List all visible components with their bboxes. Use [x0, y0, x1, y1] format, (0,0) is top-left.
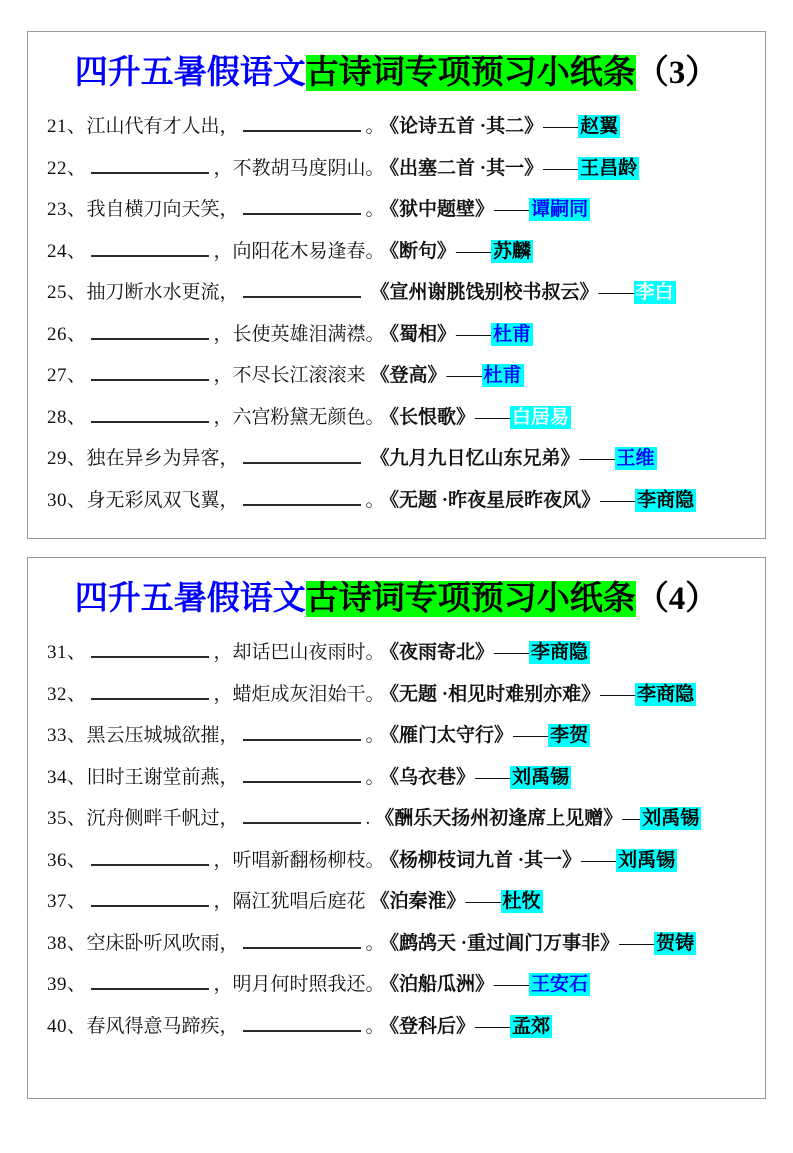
- author-name: 李商隐: [635, 683, 696, 706]
- worksheet-page-4: 四升五暑假语文古诗词专项预习小纸条（4） 31、，却话巴山夜雨时。《夜雨寄北》—…: [27, 557, 766, 1099]
- poem-text-after-blank: ，向阳花木易逢春。: [214, 241, 385, 262]
- dash-connector: ——: [466, 891, 500, 912]
- poem-text-after-blank: 。: [366, 490, 385, 511]
- title-highlight: 古诗词专项预习小纸条: [306, 55, 636, 91]
- poem-title: 《鹧鸪天 ·重过阊门万事非》: [390, 933, 620, 954]
- answer-blank: [243, 803, 361, 824]
- answer-blank: [243, 277, 361, 298]
- author-name: 杜甫: [491, 323, 533, 346]
- item-number: 34、: [47, 767, 87, 788]
- author-name: 赵翼: [578, 115, 620, 138]
- item-number: 27、: [47, 365, 87, 386]
- author-name: 刘禹锡: [510, 766, 571, 789]
- answer-blank: [243, 443, 361, 464]
- dash-connector: ——: [600, 490, 634, 511]
- dash-connector: ——: [494, 642, 528, 663]
- poem-title: 《夜雨寄北》: [390, 642, 495, 663]
- dash-connector: ——: [447, 365, 481, 386]
- item-number: 21、: [47, 116, 87, 137]
- poem-title: 《无题 ·昨夜星辰昨夜风》: [390, 490, 601, 511]
- poem-text-before-blank: 旧时王谢堂前燕，: [87, 767, 239, 788]
- item-number: 33、: [47, 725, 87, 746]
- poem-text-after-blank: 。: [366, 116, 385, 137]
- poem-text-before-blank: 沉舟侧畔千帆过，: [87, 808, 239, 829]
- item-number: 30、: [47, 490, 87, 511]
- author-name: 苏麟: [491, 240, 533, 263]
- dash-connector: ——: [475, 767, 509, 788]
- author-name: 王安石: [529, 973, 590, 996]
- item-number: 25、: [47, 282, 87, 303]
- poem-text-before-blank: 独在异乡为异客，: [87, 448, 239, 469]
- dash-connector: ——: [494, 199, 528, 220]
- dash-connector: ——: [543, 116, 577, 137]
- poem-title: 《蜀相》: [390, 324, 457, 345]
- answer-blank: [243, 111, 361, 132]
- dash-connector: ——: [581, 850, 615, 871]
- poem-item: 36、，听唱新翻杨柳枝。《杨柳枝词九首 ·其一》——刘禹锡: [47, 840, 765, 882]
- answer-blank: [91, 319, 209, 340]
- poem-item: 28、，六宫粉黛无颜色。《长恨歌》——白居易: [47, 397, 765, 439]
- poem-text-after-blank: .: [366, 808, 371, 829]
- author-name: 李白: [634, 281, 676, 304]
- poem-list: 31、，却话巴山夜雨时。《夜雨寄北》——李商隐 32、，蜡炬成灰泪始干。《无题 …: [28, 632, 765, 1047]
- poem-item: 34、旧时王谢堂前燕，。《乌衣巷》——刘禹锡: [47, 757, 765, 799]
- dash-connector: ——: [599, 282, 633, 303]
- item-number: 40、: [47, 1016, 87, 1037]
- title-highlight: 古诗词专项预习小纸条: [306, 581, 636, 617]
- poem-title: 《登高》: [371, 365, 447, 386]
- poem-text-after-blank: 。: [366, 725, 385, 746]
- item-number: 39、: [47, 974, 87, 995]
- poem-item: 30、身无彩凤双飞翼，。《无题 ·昨夜星辰昨夜风》——李商隐: [47, 480, 765, 522]
- answer-blank: [243, 762, 361, 783]
- answer-blank: [243, 485, 361, 506]
- author-name: 刘禹锡: [616, 849, 677, 872]
- page-title: 四升五暑假语文古诗词专项预习小纸条（4）: [28, 578, 765, 620]
- page-title: 四升五暑假语文古诗词专项预习小纸条（3）: [28, 52, 765, 94]
- poem-text-before-blank: 抽刀断水水更流，: [87, 282, 239, 303]
- poem-title: 《酬乐天扬州初逢席上见赠》: [375, 808, 622, 829]
- poem-title: 《雁门太守行》: [390, 725, 514, 746]
- answer-blank: [91, 679, 209, 700]
- poem-title: 《出塞二首 ·其一》: [390, 158, 544, 179]
- dash-connector: ——: [543, 158, 577, 179]
- dash-connector: ——: [456, 241, 490, 262]
- poem-item: 31、，却话巴山夜雨时。《夜雨寄北》——李商隐: [47, 632, 765, 674]
- item-number: 31、: [47, 642, 87, 663]
- item-number: 26、: [47, 324, 87, 345]
- author-name: 李商隐: [635, 489, 696, 512]
- answer-blank: [243, 1011, 361, 1032]
- answer-blank: [91, 360, 209, 381]
- title-page-number: （4）: [636, 581, 719, 617]
- poem-text-after-blank: ，蜡炬成灰泪始干。: [214, 684, 385, 705]
- poem-list: 21、江山代有才人出，。《论诗五首 ·其二》——赵翼 22、，不教胡马度阴山。《…: [28, 106, 765, 521]
- poem-item: 29、独在异乡为异客，《九月九日忆山东兄弟》——王维: [47, 438, 765, 480]
- author-name: 白居易: [510, 406, 571, 429]
- poem-item: 32、，蜡炬成灰泪始干。《无题 ·相见时难别亦难》——李商隐: [47, 674, 765, 716]
- item-number: 35、: [47, 808, 87, 829]
- title-prefix: 四升五暑假语文: [75, 55, 306, 91]
- item-number: 24、: [47, 241, 87, 262]
- dash-connector: ——: [475, 407, 509, 428]
- poem-text-before-blank: 身无彩凤双飞翼，: [87, 490, 239, 511]
- answer-blank: [91, 886, 209, 907]
- poem-text-after-blank: ，却话巴山夜雨时。: [214, 642, 385, 663]
- answer-blank: [243, 928, 361, 949]
- poem-text-after-blank: ，长使英雄泪满襟。: [214, 324, 385, 345]
- poem-title: 《乌衣巷》: [390, 767, 476, 788]
- poem-item: 21、江山代有才人出，。《论诗五首 ·其二》——赵翼: [47, 106, 765, 148]
- poem-item: 23、我自横刀向天笑，。《狱中题壁》——谭嗣同: [47, 189, 765, 231]
- poem-title: 《论诗五首 ·其二》: [390, 116, 544, 137]
- dash-connector: —: [622, 808, 639, 829]
- poem-item: 37、，隔江犹唱后庭花《泊秦淮》——杜牧: [47, 881, 765, 923]
- item-number: 37、: [47, 891, 87, 912]
- poem-item: 22、，不教胡马度阴山。《出塞二首 ·其一》——王昌龄: [47, 148, 765, 190]
- poem-text-after-blank: 。: [366, 199, 385, 220]
- author-name: 王维: [615, 447, 657, 470]
- poem-title: 《杨柳枝词九首 ·其一》: [390, 850, 582, 871]
- poem-title: 《宣州谢朓饯别校书叔云》: [371, 282, 599, 303]
- poem-text-after-blank: 。: [366, 1016, 385, 1037]
- author-name: 刘禹锡: [640, 807, 701, 830]
- dash-connector: ——: [580, 448, 614, 469]
- author-name: 李贺: [548, 724, 590, 747]
- poem-item: 40、春风得意马蹄疾，。《登科后》——孟郊: [47, 1006, 765, 1048]
- poem-text-before-blank: 我自横刀向天笑，: [87, 199, 239, 220]
- answer-blank: [91, 153, 209, 174]
- author-name: 杜甫: [482, 364, 524, 387]
- poem-text-after-blank: ，不尽长江滚滚来: [214, 365, 366, 386]
- poem-title: 《长恨歌》: [390, 407, 476, 428]
- item-number: 36、: [47, 850, 87, 871]
- answer-blank: [243, 194, 361, 215]
- poem-text-after-blank: ，听唱新翻杨柳枝。: [214, 850, 385, 871]
- poem-item: 38、空床卧听风吹雨，。《鹧鸪天 ·重过阊门万事非》——贺铸: [47, 923, 765, 965]
- poem-title: 《泊船瓜洲》: [390, 974, 495, 995]
- item-number: 32、: [47, 684, 87, 705]
- item-number: 28、: [47, 407, 87, 428]
- answer-blank: [91, 969, 209, 990]
- item-number: 22、: [47, 158, 87, 179]
- poem-item: 24、，向阳花木易逢春。《断句》——苏麟: [47, 231, 765, 273]
- dash-connector: ——: [619, 933, 653, 954]
- poem-text-after-blank: 。: [366, 933, 385, 954]
- poem-item: 25、抽刀断水水更流，《宣州谢朓饯别校书叔云》——李白: [47, 272, 765, 314]
- poem-item: 39、，明月何时照我还。《泊船瓜洲》——王安石: [47, 964, 765, 1006]
- author-name: 谭嗣同: [529, 198, 590, 221]
- author-name: 孟郊: [510, 1015, 552, 1038]
- poem-text-after-blank: ，六宫粉黛无颜色。: [214, 407, 385, 428]
- poem-title: 《断句》: [390, 241, 457, 262]
- answer-blank: [91, 402, 209, 423]
- title-page-number: （3）: [636, 55, 719, 91]
- author-name: 王昌龄: [578, 157, 639, 180]
- dash-connector: ——: [475, 1016, 509, 1037]
- dash-connector: ——: [600, 684, 634, 705]
- poem-text-before-blank: 春风得意马蹄疾，: [87, 1016, 239, 1037]
- item-number: 38、: [47, 933, 87, 954]
- poem-text-after-blank: ，不教胡马度阴山。: [214, 158, 385, 179]
- poem-item: 26、，长使英雄泪满襟。《蜀相》——杜甫: [47, 314, 765, 356]
- poem-title: 《泊秦淮》: [371, 891, 466, 912]
- author-name: 李商隐: [529, 641, 590, 664]
- poem-title: 《狱中题壁》: [390, 199, 495, 220]
- answer-blank: [91, 637, 209, 658]
- poem-title: 《登科后》: [390, 1016, 476, 1037]
- item-number: 23、: [47, 199, 87, 220]
- dash-connector: ——: [513, 725, 547, 746]
- item-number: 29、: [47, 448, 87, 469]
- poem-text-after-blank: 。: [366, 767, 385, 788]
- answer-blank: [91, 845, 209, 866]
- poem-title: 《九月九日忆山东兄弟》: [371, 448, 580, 469]
- answer-blank: [91, 236, 209, 257]
- dash-connector: ——: [494, 974, 528, 995]
- poem-title: 《无题 ·相见时难别亦难》: [390, 684, 601, 705]
- title-prefix: 四升五暑假语文: [75, 581, 306, 617]
- poem-text-before-blank: 江山代有才人出，: [87, 116, 239, 137]
- poem-text-after-blank: ，隔江犹唱后庭花: [214, 891, 366, 912]
- poem-text-before-blank: 空床卧听风吹雨，: [87, 933, 239, 954]
- author-name: 贺铸: [654, 932, 696, 955]
- poem-text-before-blank: 黑云压城城欲摧，: [87, 725, 239, 746]
- poem-item: 35、沉舟侧畔千帆过，.《酬乐天扬州初逢席上见赠》—刘禹锡: [47, 798, 765, 840]
- poem-item: 33、黑云压城城欲摧，。《雁门太守行》——李贺: [47, 715, 765, 757]
- worksheet-page-3: 四升五暑假语文古诗词专项预习小纸条（3） 21、江山代有才人出，。《论诗五首 ·…: [27, 31, 766, 539]
- author-name: 杜牧: [501, 890, 543, 913]
- answer-blank: [243, 720, 361, 741]
- poem-item: 27、，不尽长江滚滚来《登高》——杜甫: [47, 355, 765, 397]
- poem-text-after-blank: ，明月何时照我还。: [214, 974, 385, 995]
- dash-connector: ——: [456, 324, 490, 345]
